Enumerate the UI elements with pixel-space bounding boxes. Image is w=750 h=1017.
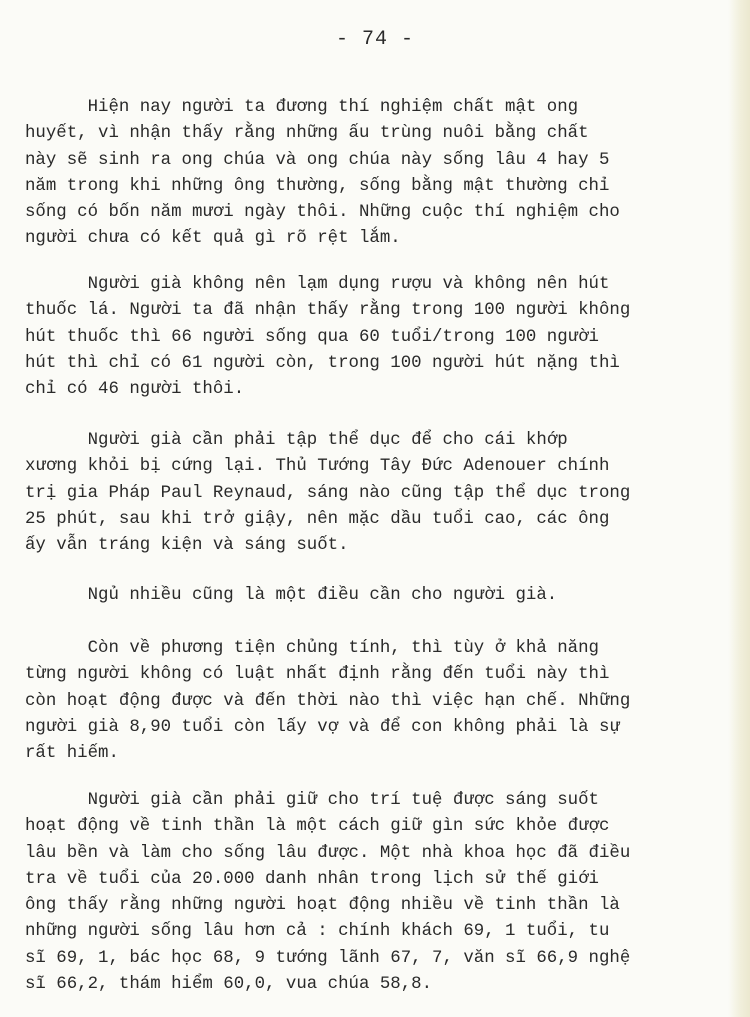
paragraph-sleep: Ngủ nhiều cũng là một điều cần cho người… xyxy=(25,583,725,609)
text-line: tra về tuổi của 20.000 danh nhân trong l… xyxy=(25,867,725,893)
text-line: ấy vẫn tráng kiện và sáng suốt. xyxy=(25,533,725,559)
text-line: người chưa có kết quả gì rõ rệt lắm. xyxy=(25,226,725,252)
text-line: từng người không có luật nhất định rằng … xyxy=(25,662,725,688)
text-line: lâu bền và làm cho sống lâu được. Một nh… xyxy=(25,841,725,867)
text-line: ông thấy rằng những người hoạt động nhiề… xyxy=(25,893,725,919)
paragraph-exercise: Người già cần phải tập thể dục để cho cá… xyxy=(25,428,725,559)
text-line: trị gia Pháp Paul Reynaud, sáng nào cũng… xyxy=(25,481,725,507)
text-line: Người già cần phải giữ cho trí tuệ được … xyxy=(25,788,725,814)
text-line: hút thuốc thì 66 người sống qua 60 tuổi/… xyxy=(25,325,725,351)
text-line: sống có bốn năm mươi ngày thôi. Những cu… xyxy=(25,200,725,226)
text-line: chỉ có 46 người thôi. xyxy=(25,377,725,403)
page-number: - 74 - xyxy=(0,28,750,51)
text-line: 25 phút, sau khi trở giậy, nên mặc dầu t… xyxy=(25,507,725,533)
text-line: huyết, vì nhận thấy rằng những ấu trùng … xyxy=(25,121,725,147)
text-line: sĩ 69, 1, bác học 68, 9 tướng lãnh 67, 7… xyxy=(25,946,725,972)
paragraph-alcohol-tobacco: Người già không nên lạm dụng rượu và khô… xyxy=(25,272,725,403)
paragraph-sexuality: Còn về phương tiện chủng tính, thì tùy ở… xyxy=(25,636,725,767)
text-line: Còn về phương tiện chủng tính, thì tùy ở… xyxy=(25,636,725,662)
text-line: rất hiếm. xyxy=(25,741,725,767)
text-line: người già 8,90 tuổi còn lấy vợ và để con… xyxy=(25,715,725,741)
text-line: hoạt động về tinh thần là một cách giữ g… xyxy=(25,814,725,840)
text-line: năm trong khi những ông thường, sống bằn… xyxy=(25,174,725,200)
text-line: Hiện nay người ta đương thí nghiệm chất … xyxy=(25,95,725,121)
text-line: sĩ 66,2, thám hiểm 60,0, vua chúa 58,8. xyxy=(25,972,725,998)
text-line: Ngủ nhiều cũng là một điều cần cho người… xyxy=(25,583,725,609)
paragraph-royal-jelly: Hiện nay người ta đương thí nghiệm chất … xyxy=(25,95,725,253)
text-line: này sẽ sinh ra ong chúa và ong chúa này … xyxy=(25,148,725,174)
text-line: Người già không nên lạm dụng rượu và khô… xyxy=(25,272,725,298)
text-line: Người già cần phải tập thể dục để cho cá… xyxy=(25,428,725,454)
paragraph-mental-activity: Người già cần phải giữ cho trí tuệ được … xyxy=(25,788,725,998)
text-line: còn hoạt động được và đến thời nào thì v… xyxy=(25,689,725,715)
paper-edge-shadow xyxy=(728,0,750,1017)
text-line: thuốc lá. Người ta đã nhận thấy rằng tro… xyxy=(25,298,725,324)
text-line: hút thì chỉ có 61 người còn, trong 100 n… xyxy=(25,351,725,377)
text-line: xương khỏi bị cứng lại. Thủ Tướng Tây Đứ… xyxy=(25,454,725,480)
text-line: những người sống lâu hơn cả : chính khác… xyxy=(25,919,725,945)
